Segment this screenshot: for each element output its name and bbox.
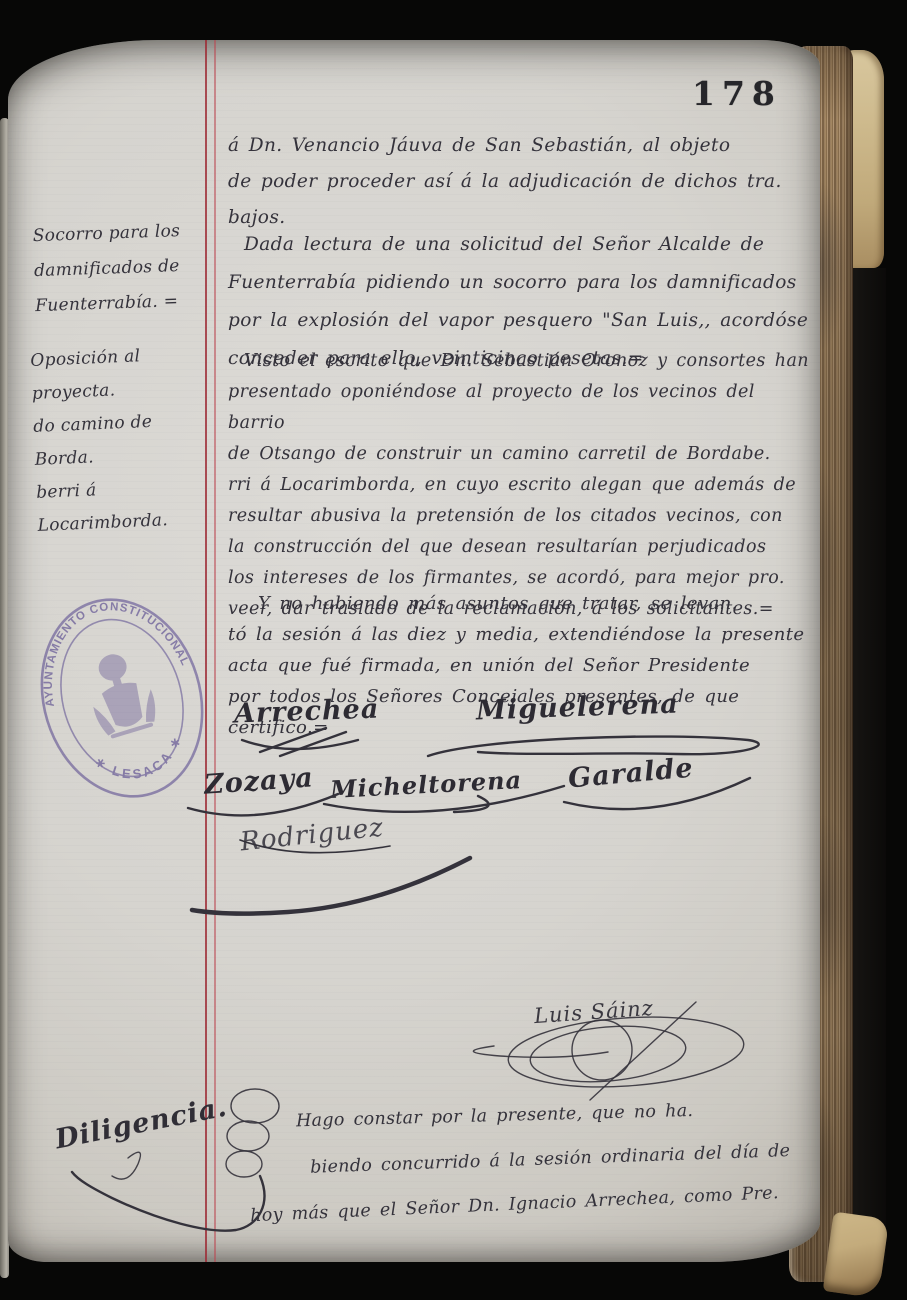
book-fore-edge-corner xyxy=(823,1211,890,1298)
book-scan: 178 Socorro para los damnificados de Fue… xyxy=(0,0,907,1300)
zozaya-rubric xyxy=(188,794,338,815)
luis-sainz-rubric xyxy=(473,1002,746,1100)
garalde-rubric xyxy=(564,778,750,809)
ink-flourishes xyxy=(8,40,820,1262)
micheltorena-rubric xyxy=(324,786,564,812)
manuscript-page: 178 Socorro para los damnificados de Fue… xyxy=(8,40,820,1262)
miguelerena-rubric xyxy=(428,737,759,756)
rodriguez-underline xyxy=(240,840,390,853)
arrechea-strikes xyxy=(260,728,346,756)
rodriguez-rubric xyxy=(192,858,470,914)
book-cover-edge xyxy=(852,268,886,1268)
diligencia-flourish xyxy=(72,1089,279,1231)
